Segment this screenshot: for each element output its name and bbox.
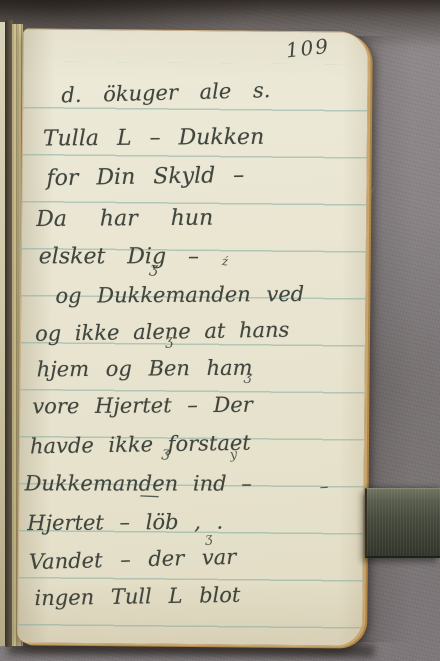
handwriting-line: d. ökuger ale s. xyxy=(61,78,271,107)
ink-flourish: ʒ xyxy=(164,332,173,349)
ink-flourish: ʒ xyxy=(161,444,170,461)
notebook-page: 109 d. ökuger ale s.Tulla L – Dukkenfor … xyxy=(17,28,369,646)
handwriting-line: vore Hjertet – Der xyxy=(32,393,253,419)
handwriting-line: Vandet – der var xyxy=(29,545,237,574)
handwriting-line: Dukkemanden ind – xyxy=(25,471,252,495)
ink-flourish: – xyxy=(319,476,329,498)
handwriting-line: for Din Skyld – xyxy=(46,163,244,191)
handwriting-line: og ikke alene at hans xyxy=(35,318,290,346)
ink-flourish: ź xyxy=(222,254,228,268)
ink-flourish: ʒ xyxy=(149,258,159,277)
handwriting-line: Tulla L – Dukken xyxy=(43,125,264,152)
handwriting-line: Hjertet – löb , . xyxy=(27,510,223,536)
handwriting-line: elsket Dig – xyxy=(39,244,199,269)
metal-page-weight xyxy=(365,488,440,558)
handwriting-block: d. ökuger ale s.Tulla L – Dukkenfor Din … xyxy=(18,29,368,645)
handwriting-line: og Dukkemanden ved xyxy=(55,282,304,308)
ink-flourish: ʒ xyxy=(204,531,212,547)
handwriting-line: Da har hun xyxy=(36,206,213,232)
handwriting-line: havde ikke forstaet xyxy=(30,431,251,459)
ink-flourish: ʒ xyxy=(243,369,253,385)
handwriting-line: ingen Tull L blot xyxy=(34,583,240,610)
handwriting-line: hjem og Ben ham xyxy=(37,356,253,382)
ink-flourish: — xyxy=(139,482,160,507)
notebook-photo: 109 d. ökuger ale s.Tulla L – Dukkenfor … xyxy=(0,0,440,661)
